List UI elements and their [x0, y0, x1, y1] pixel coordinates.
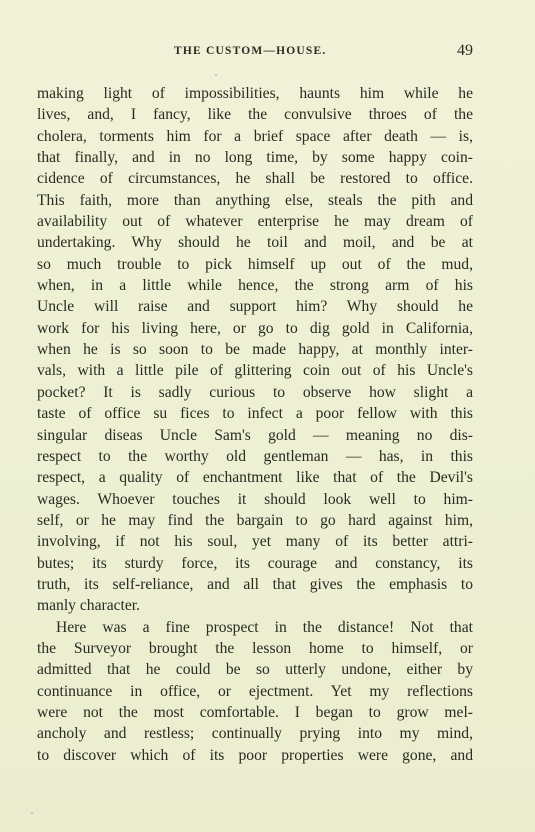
text-line: the Surveyor brought the lesson home to …: [37, 638, 473, 659]
text-line: respect, a quality of enchantment like t…: [37, 467, 473, 488]
text-line: truth, its self-reliance, and all that g…: [37, 574, 473, 595]
text-line-paragraph-start: Here was a fine prospect in the distance…: [37, 617, 473, 638]
text-line: availability out of whatever enterprise …: [37, 211, 473, 232]
text-line: lives, and, I fancy, like the convulsive…: [37, 104, 473, 125]
text-line: so much trouble to pick himself up out o…: [37, 254, 473, 275]
body-text: making light of impossibilities, haunts …: [37, 83, 473, 766]
text-line: making light of impossibilities, haunts …: [37, 83, 473, 104]
text-line: taste of office su fices to infect a poo…: [37, 403, 473, 424]
text-line: that finally, and in no long time, by so…: [37, 147, 473, 168]
text-line-paragraph-end: manly character.: [37, 595, 473, 616]
text-line: This faith, more than anything else, ste…: [37, 190, 473, 211]
text-line: singular diseas Uncle Sam's gold — meani…: [37, 425, 473, 446]
running-title: THE CUSTOM—HOUSE.: [174, 45, 326, 57]
text-line: cidence of circumstances, he shall be re…: [37, 168, 473, 189]
running-head: THE CUSTOM—HOUSE. 49: [37, 45, 473, 63]
text-line: continuance in office, or ejectment. Yet…: [37, 681, 473, 702]
text-line: work for his living here, or go to dig g…: [37, 318, 473, 339]
text-line: undertaking. Why should he toil and moil…: [37, 232, 473, 253]
text-line: Uncle will raise and support him? Why sh…: [37, 296, 473, 317]
text-line: cholera, torments him for a brief space …: [37, 126, 473, 147]
text-line: to discover which of its poor properties…: [37, 745, 473, 766]
text-line: ancholy and restless; continually prying…: [37, 723, 473, 744]
text-line: when he is so soon to be made happy, at …: [37, 339, 473, 360]
text-line: when, in a little while hence, the stron…: [37, 275, 473, 296]
page-number: 49: [457, 42, 473, 60]
book-page: THE CUSTOM—HOUSE. 49 making light of imp…: [0, 0, 535, 832]
text-line: were not the most comfortable. I began t…: [37, 702, 473, 723]
text-line: self, or he may find the bargain to go h…: [37, 510, 473, 531]
text-line: vals, with a little pile of glittering c…: [37, 360, 473, 381]
text-line: butes; its sturdy force, its courage and…: [37, 553, 473, 574]
text-line: pocket? It is sadly curious to observe h…: [37, 382, 473, 403]
paper-speck: [215, 74, 217, 76]
paper-speck: [31, 812, 33, 814]
text-line: admitted that he could be so utterly und…: [37, 659, 473, 680]
text-line: respect to the worthy old gentleman — ha…: [37, 446, 473, 467]
text-line: involving, if not his soul, yet many of …: [37, 531, 473, 552]
text-line: wages. Whoever touches it should look we…: [37, 489, 473, 510]
